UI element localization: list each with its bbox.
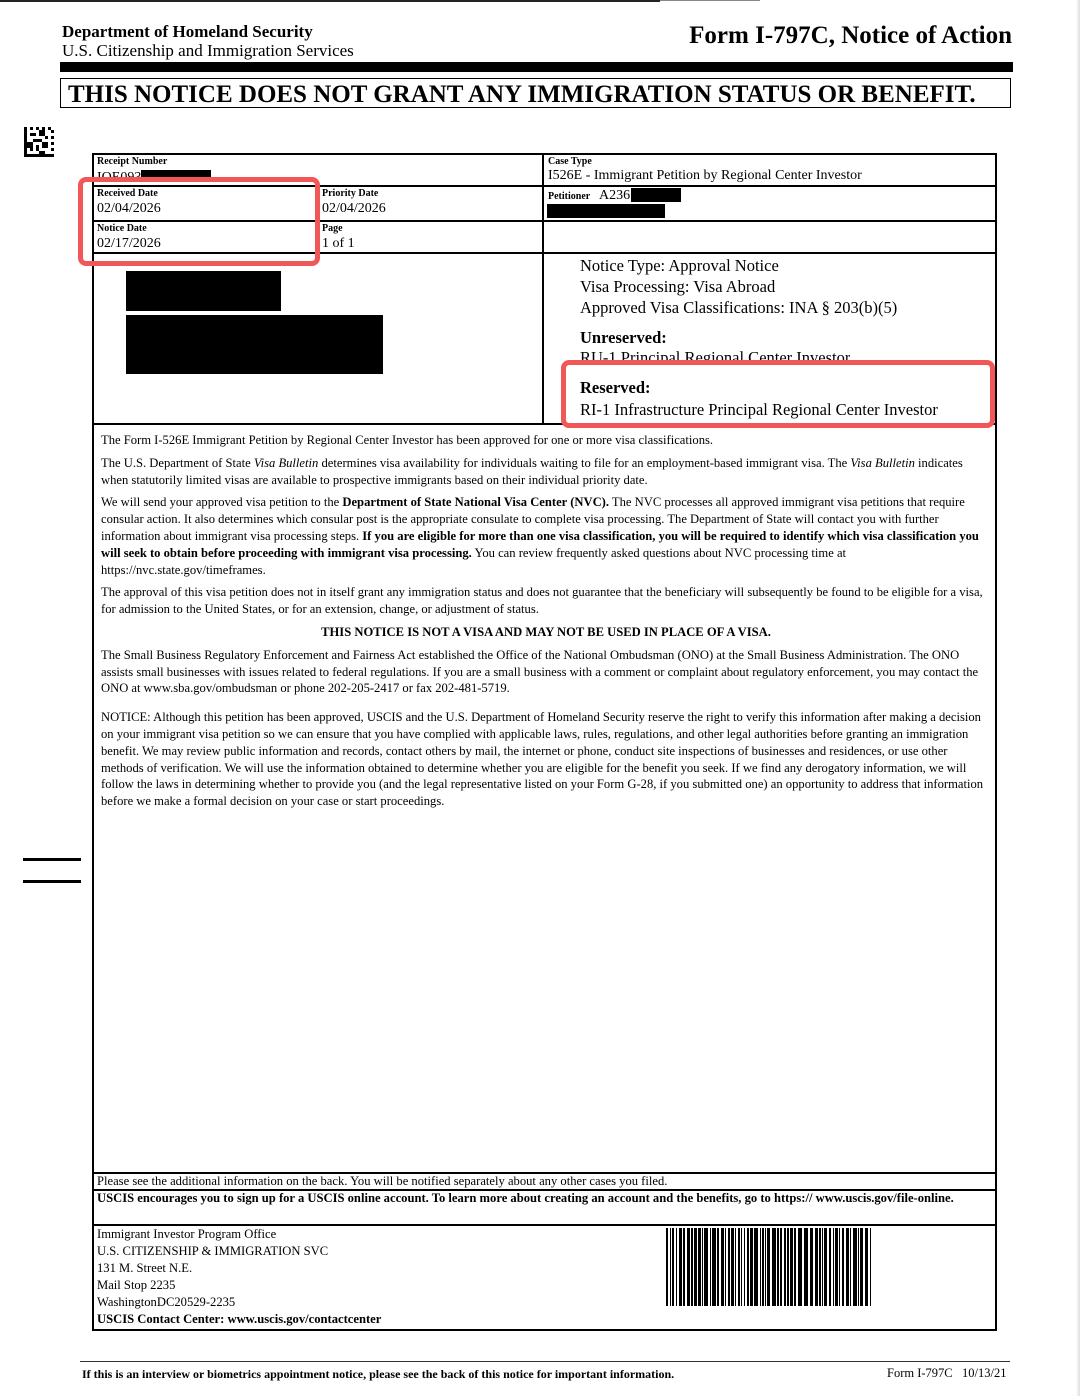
address-line: WashingtonDC20529-2235 bbox=[97, 1294, 381, 1311]
visa-processing: Visa Processing: Visa Abroad bbox=[580, 276, 775, 297]
scan-edge-shadow bbox=[1076, 0, 1080, 1396]
office-address: Immigrant Investor Program Office U.S. C… bbox=[97, 1226, 381, 1328]
body-paragraph-no-status: The approval of this visa petition does … bbox=[101, 584, 991, 618]
dates-highlight-box bbox=[78, 177, 320, 266]
priority-date-value: 02/04/2026 bbox=[322, 201, 386, 216]
grid-line bbox=[542, 153, 544, 424]
body-paragraph-verification: NOTICE: Although this petition has been … bbox=[101, 709, 991, 810]
address-line: 131 M. Street N.E. bbox=[97, 1260, 381, 1277]
barcode-icon bbox=[666, 1228, 874, 1306]
body-paragraph-nvc: We will send your approved visa petition… bbox=[101, 494, 991, 578]
contact-center: USCIS Contact Center: www.uscis.gov/cont… bbox=[97, 1311, 381, 1328]
fold-mark bbox=[23, 880, 81, 883]
priority-date-label: Priority Date bbox=[322, 188, 378, 199]
redaction-bar bbox=[631, 188, 681, 202]
notice-body: The Form I-526E Immigrant Petition by Re… bbox=[101, 432, 991, 816]
additional-info-text: Please see the additional information on… bbox=[97, 1173, 667, 1190]
body-paragraph-approval: The Form I-526E Immigrant Petition by Re… bbox=[101, 432, 991, 449]
header-rule bbox=[60, 62, 1013, 72]
petitioner-value: A236 bbox=[599, 188, 630, 203]
footer-rule bbox=[80, 1361, 1010, 1362]
reserved-highlight-box bbox=[561, 360, 995, 428]
body-paragraph-visa-bulletin: The U.S. Department of State Visa Bullet… bbox=[101, 455, 991, 489]
footer-appointment-note: If this is an interview or biometrics ap… bbox=[82, 1367, 674, 1382]
unreserved-label: Unreserved: bbox=[580, 327, 667, 348]
form-title: Form I-797C, Notice of Action bbox=[689, 22, 1012, 50]
body-not-a-visa: THIS NOTICE IS NOT A VISA AND MAY NOT BE… bbox=[101, 624, 991, 641]
address-line: U.S. CITIZENSHIP & IMMIGRATION SVC bbox=[97, 1243, 381, 1260]
page-label: Page bbox=[322, 223, 343, 234]
addressee-address-redaction bbox=[126, 315, 383, 374]
address-line: Immigrant Investor Program Office bbox=[97, 1226, 381, 1243]
footer-form-id: Form I-797C 10/13/21 bbox=[887, 1366, 1006, 1381]
agency-name: U.S. Citizenship and Immigration Service… bbox=[62, 41, 354, 61]
petitioner-label: Petitioner bbox=[548, 191, 590, 202]
address-line: Mail Stop 2235 bbox=[97, 1277, 381, 1294]
datamatrix-code-icon bbox=[24, 127, 54, 157]
online-account-text: USCIS encourages you to sign up for a US… bbox=[97, 1190, 977, 1207]
body-paragraph-ombudsman: The Small Business Regulatory Enforcemen… bbox=[101, 647, 991, 697]
receipt-number-label: Receipt Number bbox=[97, 156, 167, 167]
redaction-bar bbox=[547, 204, 665, 218]
scan-edge-line bbox=[0, 0, 660, 2]
page-value: 1 of 1 bbox=[322, 236, 355, 251]
case-type-label: Case Type bbox=[548, 156, 592, 167]
addressee-name-redaction bbox=[126, 271, 281, 311]
scan-edge-line bbox=[660, 0, 760, 1]
notice-type: Notice Type: Approval Notice bbox=[580, 255, 779, 276]
status-banner: THIS NOTICE DOES NOT GRANT ANY IMMIGRATI… bbox=[60, 78, 1011, 108]
approved-classifications: Approved Visa Classifications: INA § 203… bbox=[580, 297, 897, 318]
case-type-value: I526E - Immigrant Petition by Regional C… bbox=[548, 168, 862, 183]
department-name: Department of Homeland Security bbox=[62, 22, 313, 42]
fold-mark bbox=[23, 858, 81, 861]
